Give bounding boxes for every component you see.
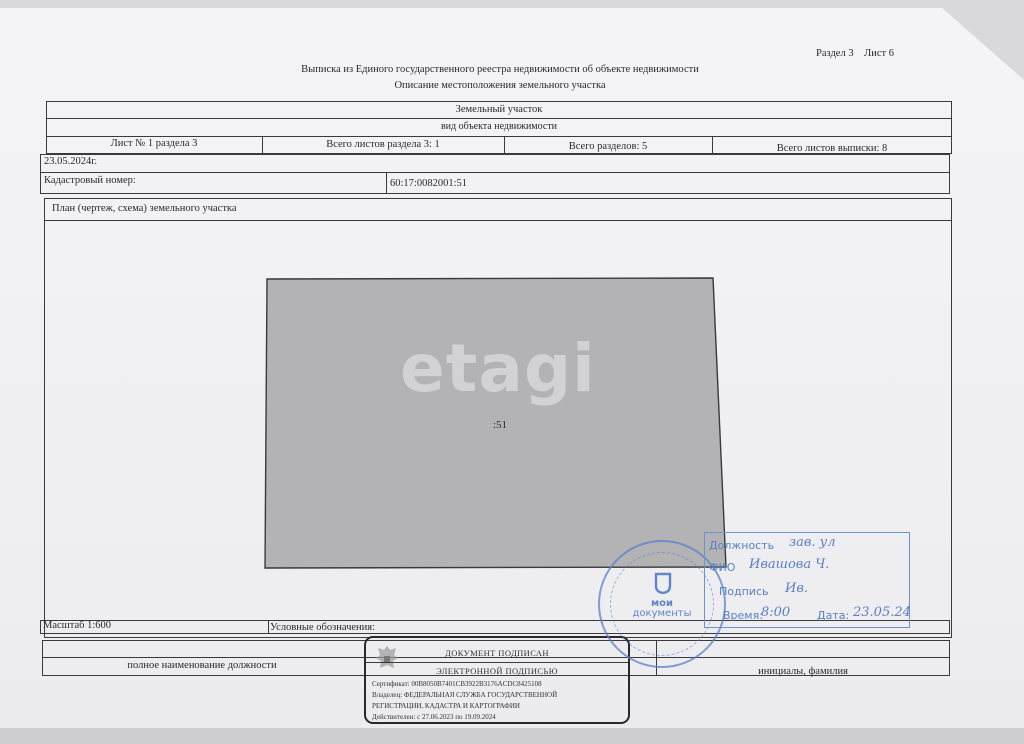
electronic-signature-block: ДОКУМЕНТ ПОДПИСАН ЭЛЕКТРОННОЙ ПОДПИСЬЮ С… bbox=[364, 636, 630, 724]
page-reference: Раздел 3 Лист 6 bbox=[816, 48, 894, 59]
stamp-fio-value: Ивашова Ч. bbox=[749, 557, 829, 572]
cadastral-label: Кадастровый номер: bbox=[44, 175, 136, 186]
divider bbox=[386, 172, 387, 194]
stamp-time-value: 8:00 bbox=[761, 605, 790, 620]
name-caption: инициалы, фамилия bbox=[656, 666, 950, 677]
divider bbox=[268, 620, 269, 634]
divider bbox=[46, 118, 952, 119]
extract-date: 23.05.2024г. bbox=[44, 156, 97, 167]
cadastral-number: 60:17:0082001:51 bbox=[390, 178, 467, 189]
document-title: Выписка из Единого государственного реес… bbox=[200, 64, 800, 75]
stamp-fio-label: ФИО bbox=[709, 561, 735, 574]
stamp-signature-value: Ив. bbox=[785, 581, 808, 596]
parcel-label: :51 bbox=[493, 419, 507, 431]
legend-label: Условные обозначения: bbox=[270, 622, 375, 633]
divider bbox=[366, 662, 628, 663]
sheet-ref: Лист 6 bbox=[864, 48, 894, 59]
divider bbox=[40, 172, 950, 173]
total-sheets-section: Всего листов раздела 3: 1 bbox=[262, 139, 504, 150]
esign-owner-1: Владелец: ФЕДЕРАЛЬНАЯ СЛУЖБА ГОСУДАРСТВЕ… bbox=[372, 691, 557, 699]
stamp-date-value: 23.05.24 bbox=[853, 605, 911, 620]
reception-stamp: Должность зав. ул ФИО Ивашова Ч. Подпись… bbox=[704, 532, 910, 628]
sheet-of-section: Лист № 1 раздела 3 bbox=[46, 138, 262, 149]
esign-line-1: ДОКУМЕНТ ПОДПИСАН bbox=[366, 648, 628, 658]
object-type-value: Земельный участок bbox=[46, 104, 952, 115]
esign-owner-2: РЕГИСТРАЦИИ, КАДАСТРА И КАРТОГРАФИИ bbox=[372, 702, 520, 710]
page-shadow bbox=[0, 728, 1024, 744]
stamp-date-label: Дата: bbox=[817, 609, 849, 622]
esign-line-2: ЭЛЕКТРОННОЙ ПОДПИСЬЮ bbox=[366, 666, 628, 676]
stamp-position-label: Должность bbox=[709, 539, 774, 552]
total-sections: Всего разделов: 5 bbox=[504, 141, 712, 152]
watermark-text: etagi bbox=[400, 330, 596, 407]
stamp-position-value: зав. ул bbox=[789, 535, 836, 550]
position-caption: полное наименование должности bbox=[42, 660, 362, 671]
stamp-time-label: Время: bbox=[723, 609, 763, 622]
object-type-caption: вид объекта недвижимости bbox=[46, 121, 952, 132]
esign-validity: Действителен: с 27.06.2023 по 19.09.2024 bbox=[372, 713, 496, 721]
stamp-signature-label: Подпись bbox=[719, 585, 768, 598]
esign-certificate: Сертификат: 00B8050B7401CB3922B3176ACDC8… bbox=[372, 680, 542, 688]
section-ref: Раздел 3 bbox=[816, 48, 854, 59]
divider bbox=[44, 220, 952, 221]
date-cadastral-box bbox=[40, 154, 950, 194]
total-sheets-extract: Всего листов выписки: 8 bbox=[712, 143, 952, 154]
document-subtitle: Описание местоположения земельного участ… bbox=[200, 80, 800, 91]
plan-title: План (чертеж, схема) земельного участка bbox=[52, 203, 237, 214]
scale-label: Масштаб 1:600 bbox=[43, 620, 111, 631]
documents-logo-icon bbox=[653, 572, 673, 594]
